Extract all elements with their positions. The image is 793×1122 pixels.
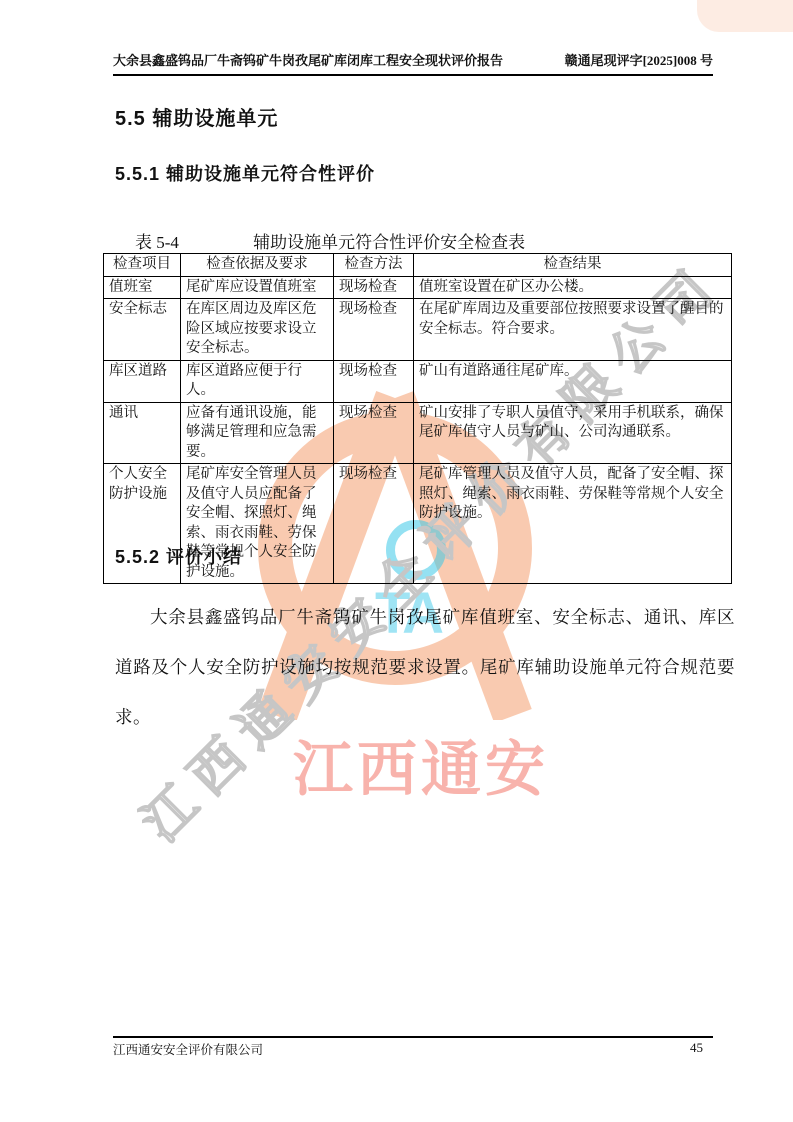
cell-item: 库区道路 [104, 360, 181, 402]
col-header-result: 检查结果 [414, 254, 732, 277]
page-number: 45 [690, 1040, 703, 1056]
table-row: 值班室 尾矿库应设置值班室 现场检查 值班室设置在矿区办公楼。 [104, 276, 732, 299]
cell-item: 安全标志 [104, 299, 181, 361]
page-content: 大余县鑫盛钨品厂牛斋钨矿牛岗孜尾矿库闭库工程安全现状评价报告 赣通尾现评字[20… [0, 0, 793, 1122]
cell-method: 现场检查 [334, 402, 414, 464]
cell-result: 尾矿库管理人员及值守人员，配备了安全帽、探照灯、绳索、雨衣雨鞋、劳保鞋等常规个人… [414, 464, 732, 584]
footer-company-name: 江西通安安全评价有限公司 [113, 1040, 263, 1058]
cell-method: 现场检查 [334, 464, 414, 584]
section-heading-5-5: 5.5 辅助设施单元 [115, 102, 278, 131]
col-header-basis: 检查依据及要求 [181, 254, 334, 277]
cell-result: 矿山安排了专职人员值守，采用手机联系，确保尾矿库值守人员与矿山、公司沟通联系。 [414, 402, 732, 464]
cell-item: 通讯 [104, 402, 181, 464]
cell-result: 在尾矿库周边及重要部位按照要求设置了醒目的安全标志。符合要求。 [414, 299, 732, 361]
table-row: 库区道路 库区道路应便于行人。 现场检查 矿山有道路通往尾矿库。 [104, 360, 732, 402]
summary-paragraph: 大余县鑫盛钨品厂牛斋钨矿牛岗孜尾矿库值班室、安全标志、通讯、库区道路及个人安全防… [115, 592, 735, 742]
table-caption: 表 5-4 辅助设施单元符合性评价安全检查表 [135, 228, 525, 253]
section-heading-5-5-1: 5.5.1 辅助设施单元符合性评价 [115, 160, 375, 186]
table-row: 通讯 应备有通讯设施，能够满足管理和应急需要。 现场检查 矿山安排了专职人员值守… [104, 402, 732, 464]
cell-basis: 应备有通讯设施，能够满足管理和应急需要。 [181, 402, 334, 464]
document-number: 赣通尾现评字[2025]008 号 [565, 50, 713, 69]
inspection-table: 检查项目 检查依据及要求 检查方法 检查结果 值班室 尾矿库应设置值班室 现场检… [103, 253, 732, 584]
document-page: TA 江西通安安全评价有限公司 江西通安 大余县鑫盛钨品厂牛斋钨矿牛岗孜尾矿库闭… [0, 0, 793, 1122]
cell-method: 现场检查 [334, 276, 414, 299]
cell-basis: 在库区周边及库区危险区域应按要求设立安全标志。 [181, 299, 334, 361]
page-header: 大余县鑫盛钨品厂牛斋钨矿牛岗孜尾矿库闭库工程安全现状评价报告 赣通尾现评字[20… [113, 50, 713, 76]
cell-result: 值班室设置在矿区办公楼。 [414, 276, 732, 299]
table-caption-title: 辅助设施单元符合性评价安全检查表 [253, 233, 525, 252]
page-footer: 江西通安安全评价有限公司 45 [113, 1036, 713, 1058]
section-heading-5-5-2: 5.5.2 评价小结 [115, 543, 242, 569]
col-header-method: 检查方法 [334, 254, 414, 277]
cell-basis: 库区道路应便于行人。 [181, 360, 334, 402]
cell-item: 值班室 [104, 276, 181, 299]
col-header-item: 检查项目 [104, 254, 181, 277]
report-title: 大余县鑫盛钨品厂牛斋钨矿牛岗孜尾矿库闭库工程安全现状评价报告 [113, 50, 503, 69]
cell-result: 矿山有道路通往尾矿库。 [414, 360, 732, 402]
table-caption-label: 表 5-4 [135, 233, 179, 252]
cell-method: 现场检查 [334, 360, 414, 402]
cell-method: 现场检查 [334, 299, 414, 361]
table-row: 安全标志 在库区周边及库区危险区域应按要求设立安全标志。 现场检查 在尾矿库周边… [104, 299, 732, 361]
cell-basis: 尾矿库应设置值班室 [181, 276, 334, 299]
table-header-row: 检查项目 检查依据及要求 检查方法 检查结果 [104, 254, 732, 277]
